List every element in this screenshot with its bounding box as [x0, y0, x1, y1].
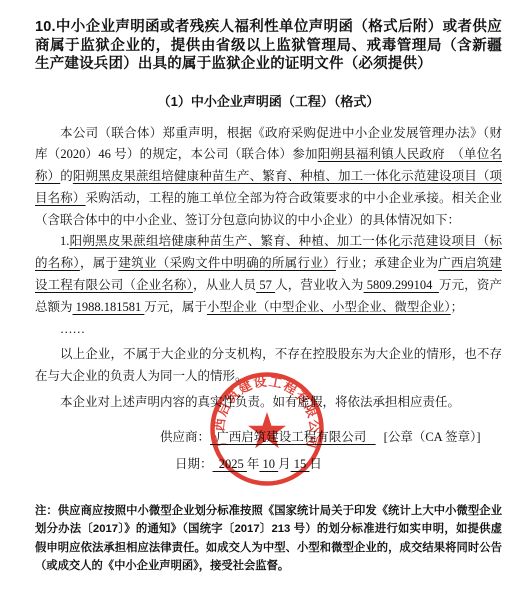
revenue-blank: 5809.299104	[364, 278, 439, 292]
supplier-line: 供应商： 广西启筑建设工程有限公司 [公章（CA 签章）]	[160, 426, 502, 448]
text-run: 人，营业收入为	[275, 278, 363, 292]
date-year-blank: 2025	[213, 457, 247, 471]
date-month-suffix: 月	[278, 457, 291, 471]
paragraph-declaration-intro: 本公司（联合体）郑重声明，根据《政府采购促进中小企业发展管理办法》（财库（202…	[35, 123, 502, 232]
text-run: 1.	[60, 234, 69, 248]
industry-blank: 建筑业（采购文件中明确的所属行业）	[118, 256, 336, 270]
date-day-suffix: 日	[309, 457, 322, 471]
enterprise-type-blank: 小型企业（中型企业、小型企业、微型企业）	[207, 300, 451, 314]
supplier-value-blank: 广西启筑建设工程有限公司	[210, 430, 376, 444]
text-run: ，属于	[80, 256, 118, 270]
section-heading: 10.中小企业声明函或者残疾人福利性单位声明函（格式后附）或者供应商属于监狱企业…	[35, 18, 502, 74]
text-run: 行业；承建企业为	[336, 256, 438, 270]
text-run: ；	[451, 300, 464, 314]
date-month-blank: 10	[259, 457, 278, 471]
declaration-body: 本公司（联合体）郑重声明，根据《政府采购促进中小企业发展管理办法》（财库（202…	[35, 123, 502, 414]
employee-count-blank: 57	[256, 278, 275, 292]
text-run: 万元，属于	[144, 300, 207, 314]
text-run: ，从业人员	[193, 278, 256, 292]
date-year-suffix: 年	[247, 457, 260, 471]
signature-block: 供应商： 广西启筑建设工程有限公司 [公章（CA 签章）] 日期： 2025 年…	[35, 426, 502, 475]
paragraph-no-large-enterprise: 以上企业，不属于大企业的分支机构，不存在控股股东为大企业的情形，也不存在与大企业…	[35, 344, 502, 388]
supplier-label: 供应商：	[160, 430, 210, 444]
text-run: 采购活动，工程的施工单位全部为符合政策要求的中小企业承接。相关企业（含联合体中的…	[35, 191, 502, 227]
paragraph-enterprise-detail: 1.阳朔黑皮果蔗组培健康种苗生产、繁育、种植、加工一体化示范建设项目（标的名称）…	[35, 231, 502, 318]
paragraph-ellipsis: ……	[35, 319, 502, 341]
text-run: 的	[60, 169, 73, 183]
seal-ca-note: [公章（CA 签章）]	[384, 430, 481, 444]
date-line: 日期： 2025 年 10 月 15 日	[175, 453, 502, 475]
paragraph-responsibility: 本企业对上述声明内容的真实性负责。如有虚假，将依法承担相应责任。	[35, 392, 502, 414]
date-label: 日期：	[175, 457, 213, 471]
assets-blank: 1988.181581	[73, 300, 145, 314]
date-day-blank: 15	[291, 457, 310, 471]
document-title: （1）中小企业声明函（工程）（格式）	[35, 91, 502, 110]
footnote: 注：供应商应按照中小微型企业划分标准按照《国家统计局关于印发《统计上大中小微型企…	[35, 502, 502, 576]
document-page: 10.中小企业声明函或者残疾人福利性单位声明函（格式后附）或者供应商属于监狱企业…	[0, 0, 532, 596]
